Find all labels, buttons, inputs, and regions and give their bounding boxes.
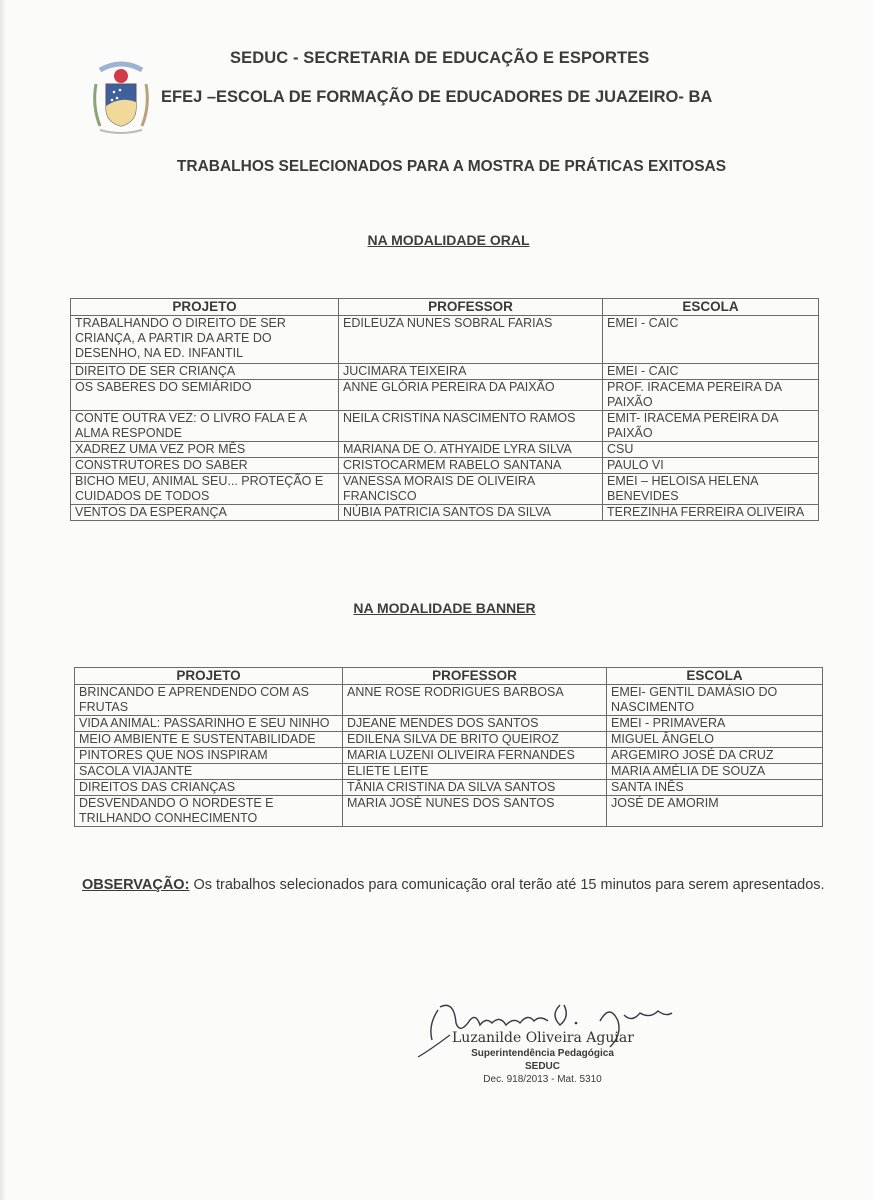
- cell-escola: MARIA AMÉLIA DE SOUZA: [607, 764, 823, 780]
- cell-escola: MIGUEL ÂNGELO: [607, 732, 823, 748]
- observation-note: OBSERVAÇÃO: Os trabalhos selecionados pa…: [82, 873, 832, 897]
- cell-professor: EDILENA SILVA DE BRITO QUEIROZ: [343, 732, 607, 748]
- table-row: VIDA ANIMAL: PASSARINHO E SEU NINHO DJEA…: [75, 716, 823, 732]
- cell-professor: JUCIMARA TEIXEIRA: [339, 364, 603, 380]
- cell-escola: ARGEMIRO JOSÉ DA CRUZ: [607, 748, 823, 764]
- cell-projeto: TRABALHANDO O DIREITO DE SER CRIANÇA, A …: [71, 316, 339, 364]
- table-row: VENTOS DA ESPERANÇA NÚBIA PATRICIA SANTO…: [71, 505, 819, 521]
- signatory-name: Luzanilde Oliveira Aguiar: [452, 1030, 634, 1046]
- cell-professor: DJEANE MENDES DOS SANTOS: [343, 716, 607, 732]
- cell-professor: ELIETE LEITE: [343, 764, 607, 780]
- document-title: TRABALHOS SELECIONADOS PARA A MOSTRA DE …: [0, 158, 873, 176]
- cell-projeto: SACOLA VIAJANTE: [75, 764, 343, 780]
- table-row: CONTE OUTRA VEZ: O LIVRO FALA E A ALMA R…: [71, 411, 819, 442]
- cell-professor: EDILEUZA NUNES SOBRAL FARIAS: [339, 316, 603, 364]
- table-row: PINTORES QUE NOS INSPIRAM MARIA LUZENI O…: [75, 748, 823, 764]
- table-row: CONSTRUTORES DO SABER CRISTOCARMEM RABEL…: [71, 458, 819, 474]
- table-row: BRINCANDO E APRENDENDO COM AS FRUTAS ANN…: [75, 685, 823, 716]
- cell-escola: JOSÉ DE AMORIM: [607, 796, 823, 827]
- table-row: DIREITO DE SER CRIANÇA JUCIMARA TEIXEIRA…: [71, 364, 819, 380]
- cell-escola: TEREZINHA FERREIRA OLIVEIRA: [603, 505, 819, 521]
- column-header-projeto: PROJETO: [71, 299, 339, 316]
- cell-projeto: OS SABERES DO SEMIÁRIDO: [71, 380, 339, 411]
- cell-projeto: DIREITOS DAS CRIANÇAS: [75, 780, 343, 796]
- cell-professor: VANESSA MORAIS DE OLIVEIRA FRANCISCO: [339, 474, 603, 505]
- cell-professor: MARIA LUZENI OLIVEIRA FERNANDES: [343, 748, 607, 764]
- cell-escola: SANTA INÊS: [607, 780, 823, 796]
- cell-projeto: BRINCANDO E APRENDENDO COM AS FRUTAS: [75, 685, 343, 716]
- cell-escola: CSU: [603, 442, 819, 458]
- cell-professor: NÚBIA PATRICIA SANTOS DA SILVA: [339, 505, 603, 521]
- cell-escola: EMEI - CAIC: [603, 316, 819, 364]
- cell-projeto: VENTOS DA ESPERANÇA: [71, 505, 339, 521]
- cell-projeto: CONTE OUTRA VEZ: O LIVRO FALA E A ALMA R…: [71, 411, 339, 442]
- cell-escola: EMEI - CAIC: [603, 364, 819, 380]
- cell-projeto: DIREITO DE SER CRIANÇA: [71, 364, 339, 380]
- header-escola: EFEJ –ESCOLA DE FORMAÇÃO DE EDUCADORES D…: [161, 88, 712, 107]
- cell-escola: PROF. IRACEMA PEREIRA DA PAIXÃO: [603, 380, 819, 411]
- cell-projeto: PINTORES QUE NOS INSPIRAM: [75, 748, 343, 764]
- cell-escola: EMEI – HELOISA HELENA BENEVIDES: [603, 474, 819, 505]
- table-row: TRABALHANDO O DIREITO DE SER CRIANÇA, A …: [71, 316, 819, 364]
- cell-professor: CRISTOCARMEM RABELO SANTANA: [339, 458, 603, 474]
- header-secretaria: SEDUC - SECRETARIA DE EDUCAÇÃO E ESPORTE…: [230, 49, 649, 68]
- column-header-escola: ESCOLA: [607, 668, 823, 685]
- cell-professor: ANNE ROSE RODRIGUES BARBOSA: [343, 685, 607, 716]
- signatory-decree: Dec. 918/2013 - Mat. 5310: [0, 1074, 873, 1085]
- cell-professor: ANNE GLÓRIA PEREIRA DA PAIXÃO: [339, 380, 603, 411]
- column-header-projeto: PROJETO: [75, 668, 343, 685]
- table-row: DIREITOS DAS CRIANÇAS TÂNIA CRISTINA DA …: [75, 780, 823, 796]
- table-row: BICHO MEU, ANIMAL SEU... PROTEÇÃO E CUID…: [71, 474, 819, 505]
- cell-professor: NEILA CRISTINA NASCIMENTO RAMOS: [339, 411, 603, 442]
- oral-table: PROJETO PROFESSOR ESCOLA TRABALHANDO O D…: [70, 298, 819, 521]
- cell-escola: PAULO VI: [603, 458, 819, 474]
- cell-professor: MARIA JOSÉ NUNES DOS SANTOS: [343, 796, 607, 827]
- cell-professor: TÂNIA CRISTINA DA SILVA SANTOS: [343, 780, 607, 796]
- table-row: OS SABERES DO SEMIÁRIDO ANNE GLÓRIA PERE…: [71, 380, 819, 411]
- section-title-banner: NA MODALIDADE BANNER: [0, 600, 873, 616]
- table-row: DESVENDANDO O NORDESTE E TRILHANDO CONHE…: [75, 796, 823, 827]
- cell-projeto: VIDA ANIMAL: PASSARINHO E SEU NINHO: [75, 716, 343, 732]
- signatory-org: SEDUC: [0, 1061, 873, 1072]
- cell-projeto: BICHO MEU, ANIMAL SEU... PROTEÇÃO E CUID…: [71, 474, 339, 505]
- column-header-professor: PROFESSOR: [339, 299, 603, 316]
- table-row: XADREZ UMA VEZ POR MÊS MARIANA DE O. ATH…: [71, 442, 819, 458]
- column-header-professor: PROFESSOR: [343, 668, 607, 685]
- cell-professor: MARIANA DE O. ATHYAIDE LYRA SILVA: [339, 442, 603, 458]
- cell-projeto: CONSTRUTORES DO SABER: [71, 458, 339, 474]
- cell-escola: EMEI - PRIMAVERA: [607, 716, 823, 732]
- cell-escola: EMIT- IRACEMA PEREIRA DA PAIXÃO: [603, 411, 819, 442]
- signatory-role: Superintendência Pedagógica: [0, 1048, 873, 1059]
- table-header-row: PROJETO PROFESSOR ESCOLA: [75, 668, 823, 685]
- section-title-oral: NA MODALIDADE ORAL: [0, 232, 873, 248]
- table-row: MEIO AMBIENTE E SUSTENTABILIDADE EDILENA…: [75, 732, 823, 748]
- banner-table: PROJETO PROFESSOR ESCOLA BRINCANDO E APR…: [74, 667, 823, 827]
- cell-projeto: MEIO AMBIENTE E SUSTENTABILIDADE: [75, 732, 343, 748]
- cell-projeto: XADREZ UMA VEZ POR MÊS: [71, 442, 339, 458]
- coat-of-arms-icon: [86, 56, 156, 136]
- observation-text: Os trabalhos selecionados para comunicaç…: [189, 877, 824, 893]
- observation-label: OBSERVAÇÃO:: [82, 877, 189, 893]
- cell-projeto: DESVENDANDO O NORDESTE E TRILHANDO CONHE…: [75, 796, 343, 827]
- table-header-row: PROJETO PROFESSOR ESCOLA: [71, 299, 819, 316]
- table-row: SACOLA VIAJANTE ELIETE LEITE MARIA AMÉLI…: [75, 764, 823, 780]
- cell-escola: EMEI- GENTIL DAMÁSIO DO NASCIMENTO: [607, 685, 823, 716]
- column-header-escola: ESCOLA: [603, 299, 819, 316]
